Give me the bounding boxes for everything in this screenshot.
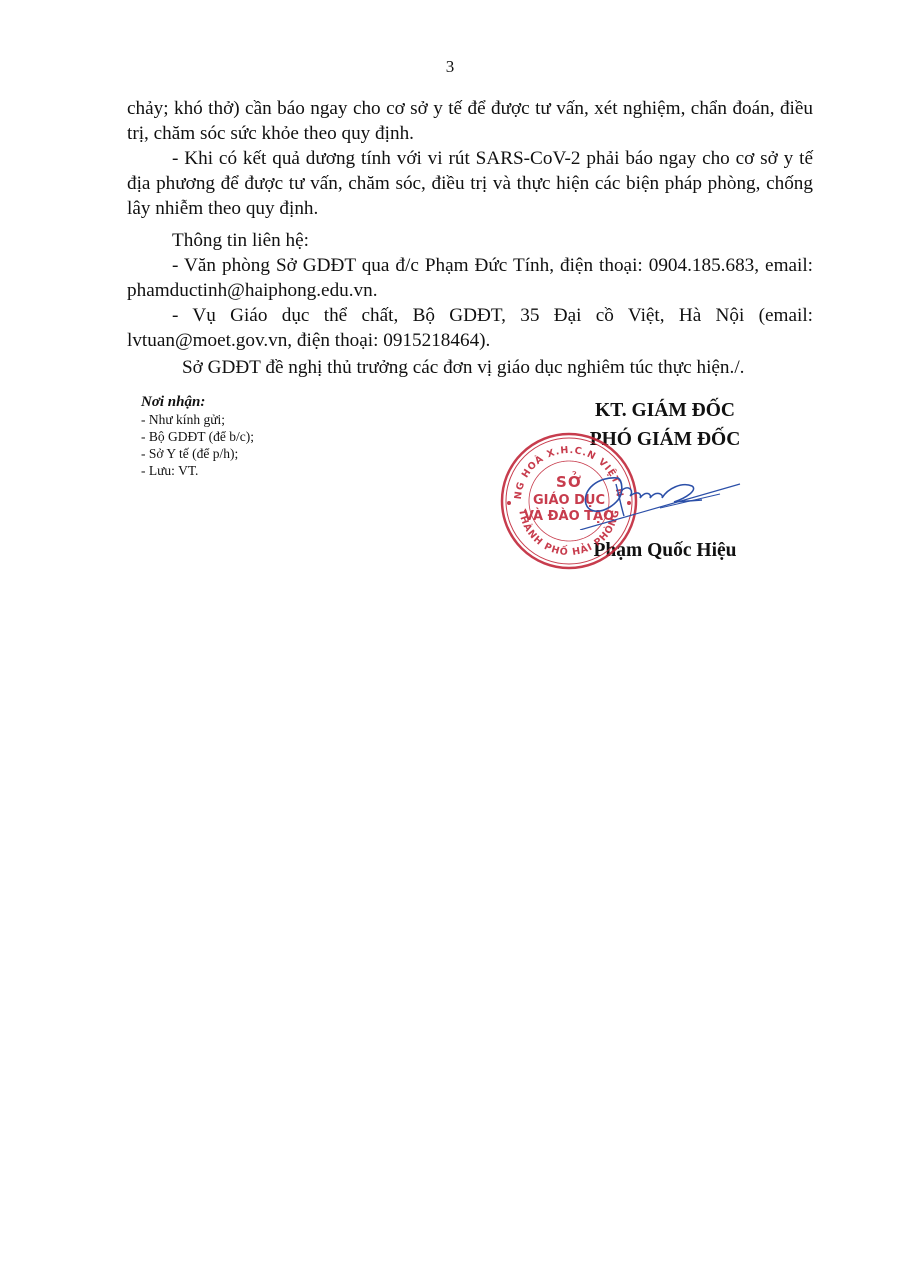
recipient-item: - Lưu: VT. — [141, 462, 254, 479]
contact-item-office: - Văn phòng Sở GDĐT qua đ/c Phạm Đức Tín… — [127, 253, 813, 303]
recipient-item: - Như kính gửi; — [141, 411, 254, 428]
paragraph-positive-result: - Khi có kết quả dương tính với vi rút S… — [127, 146, 813, 221]
recipients-title: Nơi nhận: — [141, 394, 254, 411]
recipients-list: Nơi nhận: - Như kính gửi; - Bộ GDĐT (để … — [141, 394, 254, 479]
contact-item-ministry: - Vụ Giáo dục thể chất, Bộ GDĐT, 35 Đại … — [127, 303, 813, 353]
page-number: 3 — [0, 57, 900, 77]
body-block-health-guidance: chảy; khó thở) cần báo ngay cho cơ sở y … — [127, 96, 813, 221]
paragraph-symptoms-continued: chảy; khó thở) cần báo ngay cho cơ sở y … — [127, 96, 813, 146]
contact-heading: Thông tin liên hệ: — [127, 228, 813, 253]
closing-statement: Sở GDĐT đề nghị thủ trưởng các đơn vị gi… — [127, 355, 813, 380]
body-block-contact-info: Thông tin liên hệ: - Văn phòng Sở GDĐT q… — [127, 228, 813, 353]
recipient-item: - Bộ GDĐT (để b/c); — [141, 428, 254, 445]
handwritten-signature-icon — [560, 460, 760, 530]
signature-title-line1: KT. GIÁM ĐỐC — [560, 396, 770, 425]
recipient-item: - Sở Y tế (để p/h); — [141, 445, 254, 462]
